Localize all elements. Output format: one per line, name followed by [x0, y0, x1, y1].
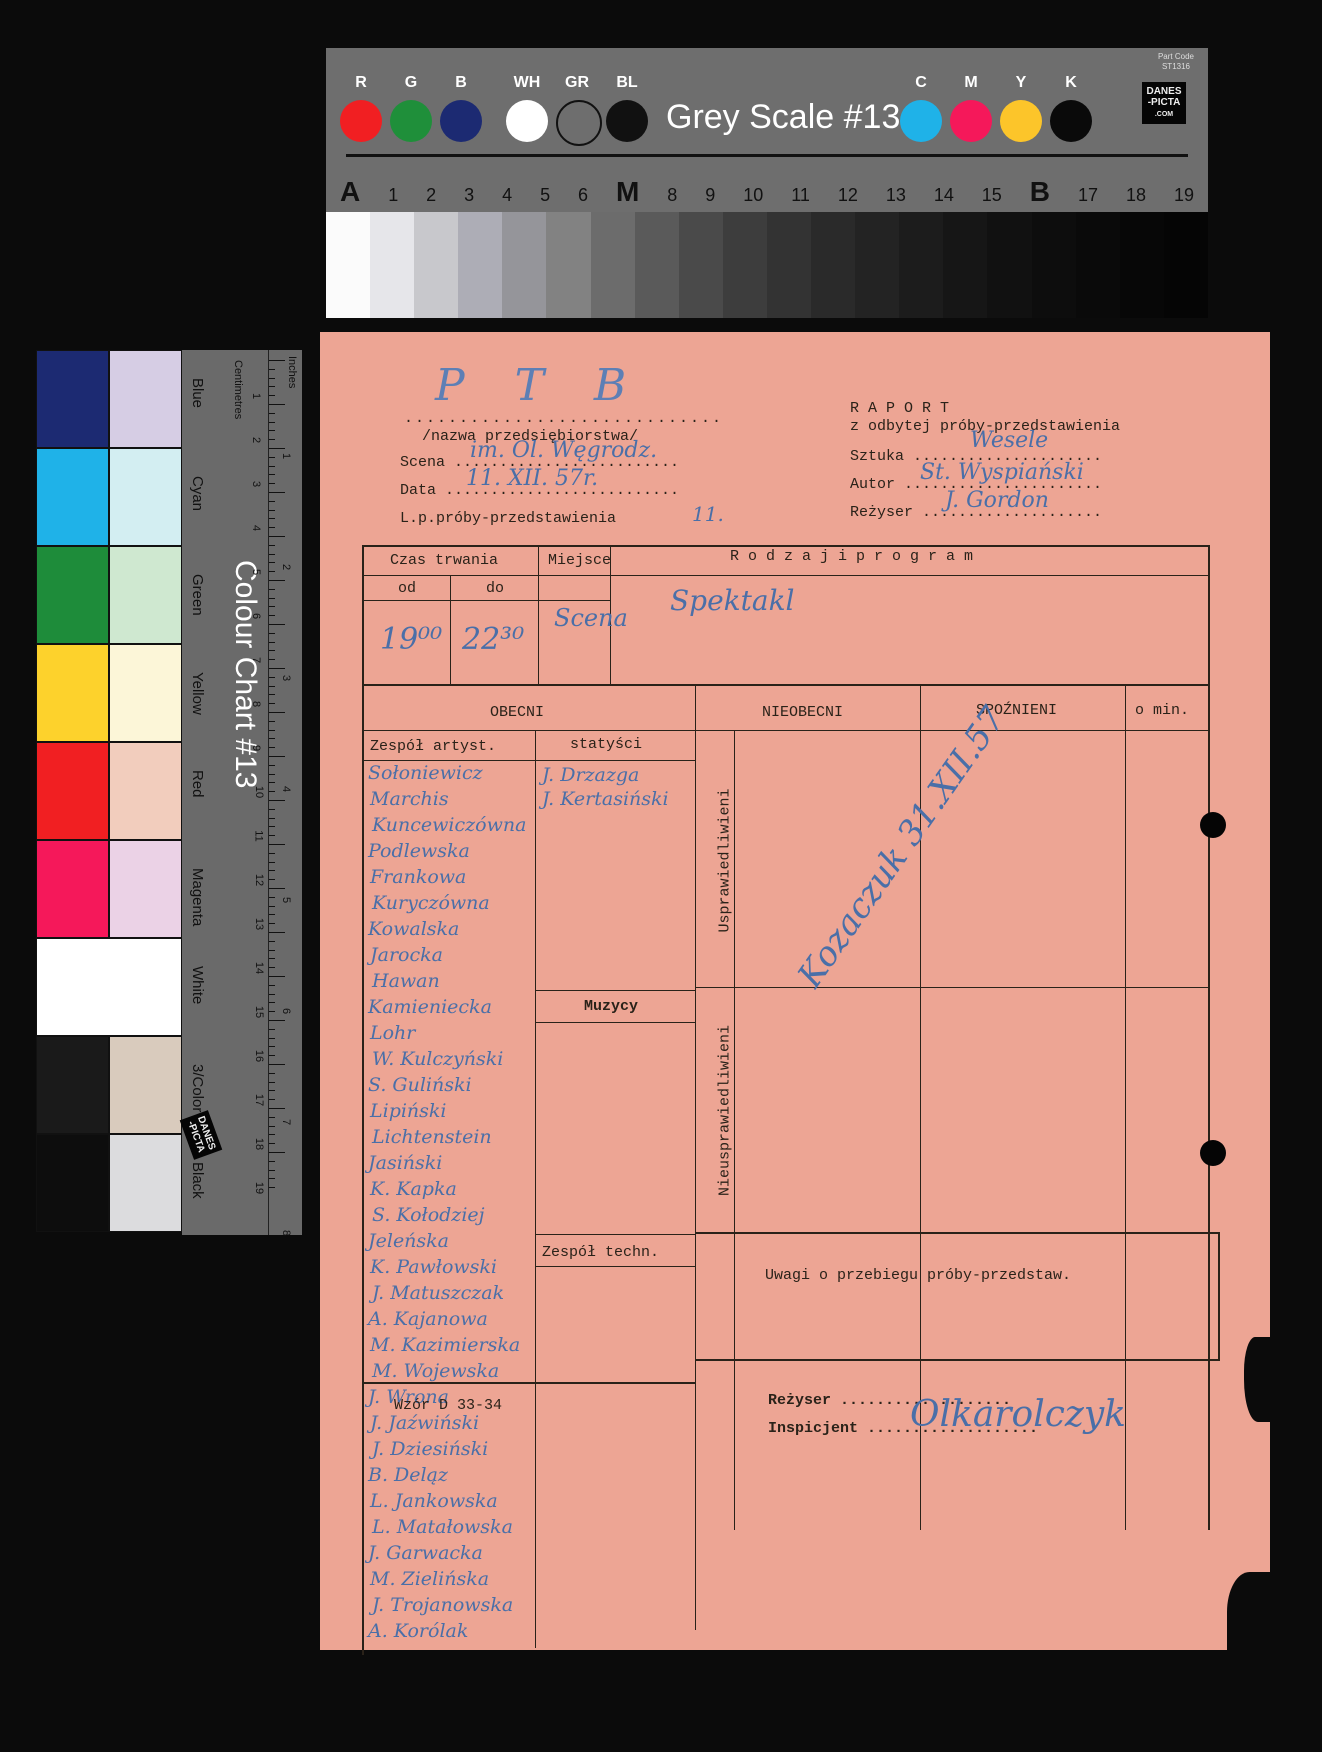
cm-number: 1	[250, 393, 262, 399]
color-dot-c	[900, 100, 942, 142]
grey-scale-card: Part CodeST1316 DANES-PICTA.COM RGBWHGRB…	[326, 48, 1208, 318]
swatch-label: Blue	[189, 378, 206, 408]
lp-value: 11.	[692, 502, 724, 526]
grey-patch	[635, 212, 679, 318]
part-code: Part CodeST1316	[1158, 52, 1194, 72]
ruler-tick	[269, 430, 275, 431]
artist-name: J. Matuszczak	[372, 1282, 504, 1304]
miejsce-header: Miejsce	[548, 552, 611, 569]
cm-number: 17	[253, 1094, 265, 1106]
miejsce-value: Scena	[554, 604, 628, 632]
scale-label: A	[340, 176, 360, 208]
cm-number: 2	[250, 437, 262, 443]
ruler-tick	[269, 624, 285, 625]
ruler-tick	[269, 404, 285, 405]
scena-label-text: Scena	[400, 454, 445, 471]
swatch-red-strong	[36, 742, 109, 840]
ruler-tick	[269, 659, 275, 660]
ruler-tick	[269, 1055, 275, 1056]
obecni-header: OBECNI	[490, 704, 544, 721]
ruler-tick	[269, 1178, 275, 1179]
organization-handwritten: P T B	[435, 360, 644, 411]
grey-patch	[1164, 212, 1208, 318]
ruler: 1234567891011121314151617181912345678	[268, 350, 303, 1235]
artist-name: S. Kołodziej	[372, 1204, 485, 1226]
ruler-tick	[269, 1046, 275, 1047]
dot-label-c: C	[900, 74, 942, 92]
torn-edge	[1244, 1337, 1272, 1422]
swatch-magenta-strong	[36, 840, 109, 938]
ruler-tick	[269, 879, 275, 880]
ruler-tick	[269, 818, 275, 819]
rodzaj-value: Spektakl	[670, 584, 795, 617]
ruler-tick	[269, 703, 275, 704]
swatch-label: Cyan	[189, 476, 206, 511]
swatch-green-light	[109, 546, 182, 644]
ruler-tick	[269, 1099, 275, 1100]
dot-label-b: B	[440, 74, 482, 92]
swatch-yellow-light	[109, 644, 182, 742]
ruler-tick	[269, 1108, 285, 1109]
grey-patch	[414, 212, 458, 318]
autor-label-text: Autor	[850, 476, 895, 493]
scale-label: B	[1030, 176, 1050, 208]
grey-patch	[811, 212, 855, 318]
artist-name: Kuncewiczówna	[372, 814, 526, 836]
ruler-tick	[269, 844, 285, 845]
swatch-3-color-strong	[36, 1036, 109, 1134]
form-number: Wzór D 33-34	[394, 1397, 502, 1414]
scale-label: 10	[743, 185, 763, 206]
ruler-tick	[269, 378, 275, 379]
cm-number: 10	[253, 786, 265, 798]
absence-signature: Kozaczuk 31.XII.57	[790, 700, 1014, 995]
artist-name: J. Garwacka	[368, 1542, 483, 1564]
ruler-tick	[269, 1064, 285, 1065]
ruler-tick	[269, 1152, 285, 1153]
ruler-tick	[269, 598, 275, 599]
rodzaj-header: R o d z a j i p r o g r a m	[730, 548, 973, 565]
muzycy-header: Muzycy	[584, 998, 638, 1015]
artist-name: Jarocka	[370, 944, 443, 966]
artist-name: Frankowa	[370, 866, 466, 888]
ruler-tick	[269, 554, 275, 555]
swatch-label: Green	[189, 574, 206, 616]
swatch-label: Red	[189, 770, 206, 798]
ruler-tick	[269, 677, 275, 678]
artist-name: K. Kapka	[370, 1178, 457, 1200]
cm-number: 4	[250, 525, 262, 531]
ruler-tick	[269, 360, 285, 361]
ruler-tick	[269, 694, 275, 695]
ruler-tick	[269, 730, 275, 731]
ruler-tick	[269, 571, 275, 572]
extra-name: J. Kertasiński	[542, 788, 669, 810]
ruler-tick	[269, 650, 275, 651]
grey-patch	[767, 212, 811, 318]
ruler-tick	[269, 1161, 275, 1162]
do-value: 22³⁰	[462, 622, 524, 657]
dot-label-gr: GR	[556, 74, 598, 92]
artist-name: J. Jaźwiński	[370, 1412, 479, 1434]
grey-patch	[679, 212, 723, 318]
ruler-tick	[269, 501, 275, 502]
ruler-tick	[269, 457, 275, 458]
ruler-tick	[269, 738, 275, 739]
cm-number: 11	[253, 830, 265, 841]
swatch-cyan-light	[109, 448, 182, 546]
artist-name: Lipiński	[370, 1100, 447, 1122]
scale-label: 1	[388, 185, 398, 206]
grey-patch	[855, 212, 899, 318]
artist-name: M. Wojewska	[372, 1360, 499, 1382]
ruler-tick	[269, 633, 275, 634]
ruler-tick	[269, 994, 275, 995]
artist-name: Kuryczówna	[372, 892, 490, 914]
scale-label: M	[616, 176, 639, 208]
ruler-tick	[269, 1011, 275, 1012]
grey-patch	[899, 212, 943, 318]
inch-number: 2	[280, 564, 292, 570]
artist-name: A. Korólak	[368, 1620, 468, 1642]
artist-name: S. Guliński	[368, 1074, 472, 1096]
sztuka-label-text: Sztuka	[850, 448, 904, 465]
ruler-tick	[269, 1029, 275, 1030]
ruler-tick	[269, 422, 275, 423]
report-title: R A P O R T	[850, 400, 949, 417]
ruler-tick	[269, 826, 275, 827]
ruler-tick	[269, 721, 275, 722]
ruler-tick	[269, 1134, 275, 1135]
scale-label: 8	[667, 185, 677, 206]
color-dot-k	[1050, 100, 1092, 142]
ruler-tick	[269, 791, 275, 792]
footer-rezyser-label: Reżyser	[768, 1392, 831, 1409]
swatch-label: 3/Color	[189, 1064, 206, 1112]
artist-name: Jeleńska	[368, 1230, 449, 1252]
ruler-tick	[269, 870, 275, 871]
ruler-tick	[269, 862, 275, 863]
swatch-cyan-strong	[36, 448, 109, 546]
ruler-tick	[269, 492, 285, 493]
ruler-tick	[269, 765, 275, 766]
ruler-tick	[269, 466, 275, 467]
ruler-tick	[269, 1038, 275, 1039]
ruler-tick	[269, 1082, 275, 1083]
swatch-red-light	[109, 742, 182, 840]
ruler-tick	[269, 932, 285, 933]
o-min-header: o min.	[1135, 702, 1189, 719]
cm-number: 8	[250, 701, 262, 707]
grey-patch	[370, 212, 414, 318]
autor-value: St. Wyspiański	[920, 460, 1084, 485]
swatch-blue-light	[109, 350, 182, 448]
ruler-tick	[269, 386, 275, 387]
color-dot-gr	[556, 100, 602, 146]
artist-name: A. Kajanowa	[368, 1308, 488, 1330]
ruler-tick	[269, 774, 275, 775]
do-header: do	[486, 580, 504, 597]
ruler-tick	[269, 1073, 275, 1074]
artist-name: M. Zielińska	[370, 1568, 489, 1590]
czas-trwania-header: Czas trwania	[390, 552, 498, 569]
dot-label-k: K	[1050, 74, 1092, 92]
inch-number: 7	[280, 1119, 292, 1125]
ruler-tick	[269, 756, 285, 757]
nieusprawiedliwieni-label: Nieusprawiedliwieni	[717, 1006, 734, 1216]
grey-patches	[326, 212, 1208, 318]
ruler-tick	[269, 835, 275, 836]
scale-label: 9	[705, 185, 715, 206]
grey-patch	[723, 212, 767, 318]
ruler-tick	[269, 580, 285, 581]
punch-hole	[1200, 1140, 1226, 1166]
danes-picta-logo: DANES-PICTA.COM	[1142, 82, 1186, 124]
ruler-tick	[269, 1143, 275, 1144]
grey-patch	[987, 212, 1031, 318]
artist-name: K. Pawłowski	[370, 1256, 497, 1278]
ruler-tick	[269, 897, 275, 898]
ruler-tick	[269, 1090, 275, 1091]
od-header: od	[398, 580, 416, 597]
punch-hole	[1200, 812, 1226, 838]
ruler-tick	[269, 483, 275, 484]
zespol-artyst-header: Zespół artyst.	[370, 738, 496, 755]
ruler-tick	[269, 914, 275, 915]
ruler-tick	[269, 518, 275, 519]
ruler-tick	[269, 976, 285, 977]
grey-patch	[943, 212, 987, 318]
swatch-magenta-light	[109, 840, 182, 938]
centimetres-label: Centimetres	[232, 360, 244, 419]
artist-name: W. Kulczyński	[372, 1048, 503, 1070]
artist-name: L. Jankowska	[370, 1490, 498, 1512]
cm-number: 7	[250, 657, 262, 663]
ruler-tick	[269, 615, 275, 616]
rezyser-value: J. Gordon	[945, 488, 1049, 513]
cm-number: 14	[253, 962, 265, 974]
ruler-tick	[269, 439, 275, 440]
od-value: 19⁰⁰	[380, 622, 442, 657]
ruler-tick	[269, 1170, 275, 1171]
colour-chart-title: Colour Chart #13	[228, 560, 262, 788]
cm-number: 12	[253, 874, 265, 886]
ruler-tick	[269, 941, 275, 942]
scale-label: 14	[934, 185, 954, 206]
ruler-tick	[269, 1020, 285, 1021]
scale-label: 18	[1126, 185, 1146, 206]
ruler-tick	[269, 413, 275, 414]
swatch-yellow-strong	[36, 644, 109, 742]
ruler-tick	[269, 1187, 275, 1188]
color-dot-m	[950, 100, 992, 142]
divider	[346, 154, 1188, 157]
ruler-tick	[269, 1002, 275, 1003]
ruler-tick	[269, 967, 275, 968]
swatch-3-color-light	[109, 1036, 182, 1134]
cm-number: 9	[250, 745, 262, 751]
grey-patch	[1032, 212, 1076, 318]
scale-label: 19	[1174, 185, 1194, 206]
grey-patch	[1120, 212, 1164, 318]
grey-patch	[326, 212, 370, 318]
scale-label: 4	[502, 185, 512, 206]
dot-label-y: Y	[1000, 74, 1042, 92]
artist-name: Podlewska	[368, 840, 470, 862]
ruler-tick	[269, 474, 275, 475]
ruler-tick	[269, 1126, 275, 1127]
cm-number: 15	[253, 1006, 265, 1018]
ruler-tick	[269, 958, 275, 959]
ruler-tick	[269, 448, 285, 449]
artist-name: J. Trojanowska	[372, 1594, 513, 1616]
swatch-label: Magenta	[189, 868, 206, 926]
inch-number: 4	[280, 786, 292, 792]
scale-label: 15	[982, 185, 1002, 206]
dotted-line: .............................	[404, 410, 723, 427]
swatch-label: Black	[189, 1162, 206, 1199]
swatch-green-strong	[36, 546, 109, 644]
inch-number: 3	[280, 675, 292, 681]
data-value: 11. XII. 57r.	[466, 466, 598, 491]
inch-number: 1	[280, 453, 292, 459]
artist-name: Lohr	[370, 1022, 415, 1044]
report-form: P T B ............................. /naz…	[320, 332, 1270, 1650]
ruler-tick	[269, 527, 275, 528]
scale-labels: A123456M89101112131415B171819	[340, 176, 1194, 206]
ruler-tick	[269, 712, 285, 713]
artist-name: Kamieniecka	[368, 996, 492, 1018]
scale-label: 17	[1078, 185, 1098, 206]
ruler-tick	[269, 545, 275, 546]
ruler-tick	[269, 800, 285, 801]
ruler-tick	[269, 923, 275, 924]
swatch-black-light	[109, 1134, 182, 1232]
ruler-tick	[269, 668, 285, 669]
cm-number: 19	[253, 1182, 265, 1194]
grey-patch	[502, 212, 546, 318]
ruler-tick	[269, 589, 275, 590]
ruler-tick	[269, 606, 275, 607]
swatch-black-strong	[36, 1134, 109, 1232]
artist-name: Kowalska	[368, 918, 459, 940]
scale-label: 11	[791, 185, 810, 206]
artist-name: Marchis	[370, 788, 449, 810]
statysci-header: statyści	[570, 736, 642, 753]
scale-label: 5	[540, 185, 550, 206]
ruler-tick	[269, 395, 275, 396]
swatch-white	[36, 938, 182, 1036]
ruler-tick	[269, 642, 275, 643]
swatch-label: White	[189, 966, 206, 1004]
color-dot-r	[340, 100, 382, 142]
brand-line: -PICTA	[1148, 97, 1181, 108]
artist-name: Hawan	[372, 970, 440, 992]
ruler-tick	[269, 782, 275, 783]
ruler-tick	[269, 888, 285, 889]
part-code-label: Part Code	[1158, 52, 1194, 61]
nieobecni-header: NIEOBECNI	[762, 704, 843, 721]
scale-label: 6	[578, 185, 588, 206]
ruler-tick	[269, 906, 275, 907]
grey-patch	[591, 212, 635, 318]
dot-label-wh: WH	[506, 74, 548, 92]
ruler-tick	[269, 985, 275, 986]
zespol-techn-header: Zespół techn.	[542, 1244, 659, 1261]
dot-label-bl: BL	[606, 74, 648, 92]
ruler-tick	[269, 853, 275, 854]
data-label-text: Data	[400, 482, 436, 499]
artist-name: M. Kazimierska	[370, 1334, 520, 1356]
inch-number: 6	[280, 1008, 292, 1014]
ruler-tick	[269, 562, 275, 563]
cm-number: 5	[250, 569, 262, 575]
lp-label: L.p.próby-przedstawienia	[400, 510, 616, 527]
artist-name: B. Deląz	[368, 1464, 448, 1486]
grey-patch	[1076, 212, 1120, 318]
ruler-tick	[269, 950, 275, 951]
ruler-tick	[269, 369, 275, 370]
color-dot-b	[440, 100, 482, 142]
ruler-tick	[269, 536, 285, 537]
footer-signature: Olkarolczyk	[910, 1394, 1126, 1435]
colour-chart: BlueCyanGreenYellowRedMagentaWhite3/Colo…	[30, 350, 302, 1235]
color-dot-wh	[506, 100, 548, 142]
extra-name: J. Drzazga	[542, 764, 639, 786]
ruler-tick	[269, 747, 275, 748]
ruler-tick	[269, 1117, 275, 1118]
dot-label-r: R	[340, 74, 382, 92]
scale-label: 2	[426, 185, 436, 206]
artist-name: J. Dziesiński	[372, 1438, 488, 1460]
brand-line: .COM	[1155, 111, 1173, 118]
part-code-value: ST1316	[1162, 62, 1190, 71]
inch-number: 5	[280, 897, 292, 903]
dot-label-g: G	[390, 74, 432, 92]
grey-patch	[546, 212, 590, 318]
inch-number: 8	[280, 1230, 292, 1236]
ruler-tick	[269, 809, 275, 810]
footer-inspicjent-label: Inspicjent	[768, 1420, 858, 1437]
ruler-tick	[269, 686, 275, 687]
scale-label: 3	[464, 185, 474, 206]
brand-line: DANES	[1146, 86, 1181, 97]
dot-label-m: M	[950, 74, 992, 92]
cm-number: 3	[250, 481, 262, 487]
artist-name: Lichtenstein	[372, 1126, 492, 1148]
grey-patch	[458, 212, 502, 318]
ruler-tick	[269, 510, 275, 511]
scena-value: im. Ol. Węgrodz.	[470, 438, 657, 463]
cm-number: 18	[253, 1138, 265, 1150]
color-dot-bl	[606, 100, 648, 142]
swatch-blue-strong	[36, 350, 109, 448]
grey-scale-title: Grey Scale #13	[666, 98, 900, 137]
sztuka-value: Wesele	[970, 428, 1048, 453]
scale-label: 12	[838, 185, 858, 206]
artist-name: L. Matałowska	[372, 1516, 513, 1538]
artist-name: Jasiński	[368, 1152, 442, 1174]
swatch-label: Yellow	[189, 672, 206, 715]
usprawiedliwieni-label: Usprawiedliwieni	[717, 776, 734, 946]
artist-name: Sołoniewicz	[368, 762, 483, 784]
color-dot-g	[390, 100, 432, 142]
cm-number: 13	[253, 918, 265, 930]
torn-edge	[1227, 1572, 1272, 1652]
scale-label: 13	[886, 185, 906, 206]
cm-number: 6	[250, 613, 262, 619]
rezyser-label-text: Reżyser	[850, 504, 913, 521]
